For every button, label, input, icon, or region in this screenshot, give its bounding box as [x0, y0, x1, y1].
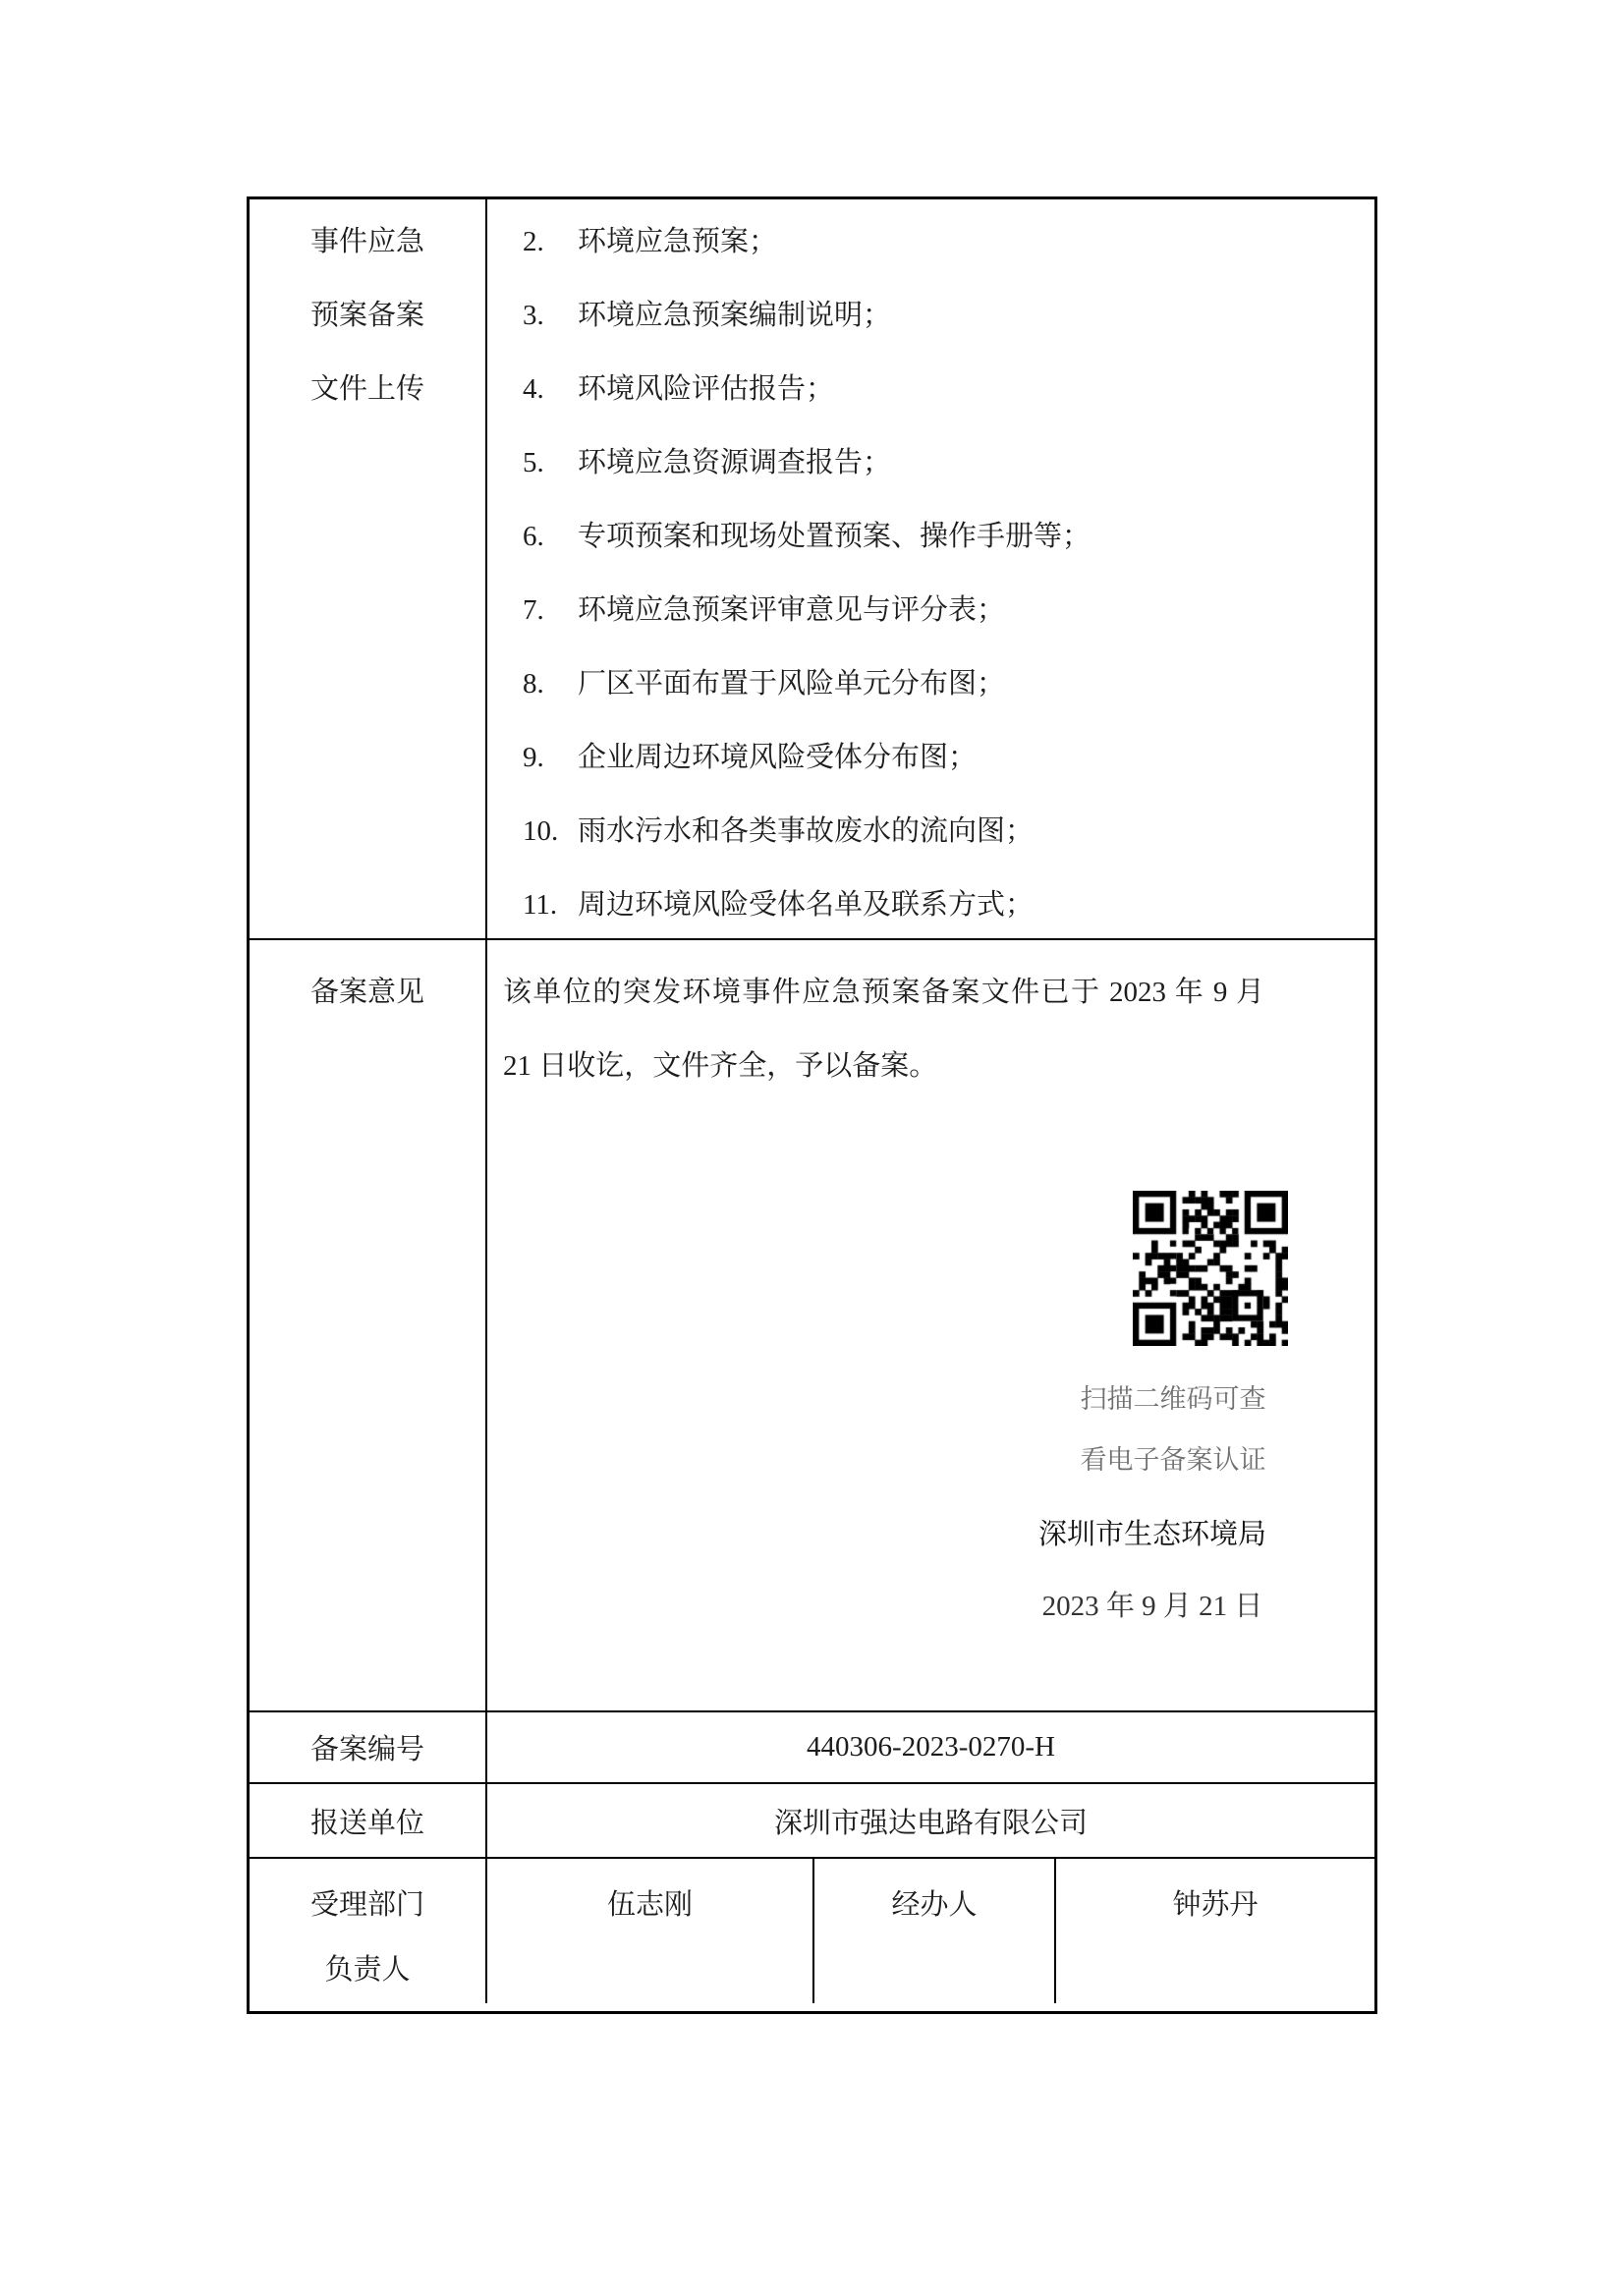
item-number: 11. [523, 868, 578, 942]
upload-label-line: 预案备案 [250, 279, 485, 353]
qr-caption: 扫描二维码可查 看电子备案认证 [1016, 1369, 1330, 1490]
item-text: 环境应急预案评审意见与评分表； [578, 594, 1005, 626]
item-number: 4. [523, 353, 578, 426]
upload-label-line: 事件应急 [250, 205, 485, 279]
filing-opinion-label: 备案意见 [250, 940, 487, 1710]
list-item: 11.周边环境风险受体名单及联系方式； [523, 868, 1365, 942]
item-number: 6. [523, 500, 578, 574]
filing-opinion-text: 该单位的突发环境事件应急预案备案文件已于 2023 年 9 月 21 日收讫，文… [487, 940, 1304, 1103]
item-text: 周边环境风险受体名单及联系方式； [578, 889, 1034, 921]
item-number: 10. [523, 795, 578, 868]
upload-files-row: 事件应急 预案备案 文件上传 2.环境应急预案； 3.环境应急预案编制说明； 4… [250, 199, 1374, 938]
filing-opinion-label-text: 备案意见 [250, 956, 485, 1030]
list-item: 6.专项预案和现场处置预案、操作手册等； [523, 500, 1365, 574]
item-number: 2. [523, 205, 578, 279]
item-text: 企业周边环境风险受体分布图； [578, 742, 977, 773]
filing-number-row: 备案编号 440306-2023-0270-H [250, 1710, 1374, 1782]
submitting-unit-value: 深圳市强达电路有限公司 [487, 1784, 1374, 1857]
filing-opinion-cell: 该单位的突发环境事件应急预案备案文件已于 2023 年 9 月 21 日收讫，文… [487, 940, 1374, 1710]
submitting-unit-label: 报送单位 [250, 1784, 487, 1857]
document-page: 事件应急 预案备案 文件上传 2.环境应急预案； 3.环境应急预案编制说明； 4… [0, 0, 1623, 2296]
filing-opinion-row: 备案意见 该单位的突发环境事件应急预案备案文件已于 2023 年 9 月 21 … [250, 938, 1374, 1710]
accepting-department-label-line: 负责人 [250, 1937, 485, 2002]
list-item: 4.环境风险评估报告； [523, 353, 1365, 426]
qr-caption-line: 扫描二维码可查 [1016, 1369, 1330, 1429]
list-item: 3.环境应急预案编制说明； [523, 279, 1365, 353]
responsible-people-row: 受理部门 负责人 伍志刚 经办人 钟苏丹 [250, 1857, 1374, 2003]
qr-code [1133, 1191, 1288, 1346]
item-text: 环境风险评估报告； [578, 373, 834, 405]
item-number: 8. [523, 647, 578, 721]
list-item: 10.雨水污水和各类事故废水的流向图； [523, 795, 1365, 868]
authority-name: 深圳市生态环境局 [1005, 1515, 1300, 1554]
item-number: 9. [523, 721, 578, 795]
item-text: 环境应急预案； [578, 226, 777, 257]
list-item: 9.企业周边环境风险受体分布图； [523, 721, 1365, 795]
filing-date: 2023 年 9 月 21 日 [1005, 1587, 1300, 1626]
filing-number-value: 440306-2023-0270-H [487, 1712, 1374, 1782]
accepting-department-label-line: 受理部门 [250, 1873, 485, 1937]
list-item: 8.厂区平面布置于风险单元分布图； [523, 647, 1365, 721]
item-number: 5. [523, 426, 578, 500]
upload-files-label: 事件应急 预案备案 文件上传 [250, 199, 487, 938]
handler-label: 经办人 [814, 1859, 1056, 2003]
item-text: 专项预案和现场处置预案、操作手册等； [578, 521, 1091, 552]
item-number: 3. [523, 279, 578, 353]
submitting-unit-row: 报送单位 深圳市强达电路有限公司 [250, 1782, 1374, 1857]
accepting-department-label: 受理部门 负责人 [250, 1859, 487, 2003]
upload-files-list-cell: 2.环境应急预案； 3.环境应急预案编制说明； 4.环境风险评估报告； 5.环境… [487, 199, 1374, 938]
item-text: 环境应急预案编制说明； [578, 300, 891, 331]
list-item: 7.环境应急预案评审意见与评分表； [523, 574, 1365, 647]
filing-number-label: 备案编号 [250, 1712, 487, 1782]
list-item: 2.环境应急预案； [523, 205, 1365, 279]
item-text: 厂区平面布置于风险单元分布图； [578, 668, 1005, 700]
qr-caption-line: 看电子备案认证 [1016, 1429, 1330, 1490]
item-text: 环境应急资源调查报告； [578, 447, 891, 478]
item-number: 7. [523, 574, 578, 647]
acceptor-name: 伍志刚 [487, 1859, 814, 2003]
filing-record-table: 事件应急 预案备案 文件上传 2.环境应急预案； 3.环境应急预案编制说明； 4… [247, 196, 1377, 2014]
upload-label-line: 文件上传 [250, 353, 485, 426]
item-text: 雨水污水和各类事故废水的流向图； [578, 815, 1034, 847]
upload-files-list: 2.环境应急预案； 3.环境应急预案编制说明； 4.环境风险评估报告； 5.环境… [487, 199, 1374, 942]
handler-name: 钟苏丹 [1056, 1859, 1374, 2003]
list-item: 5.环境应急资源调查报告； [523, 426, 1365, 500]
